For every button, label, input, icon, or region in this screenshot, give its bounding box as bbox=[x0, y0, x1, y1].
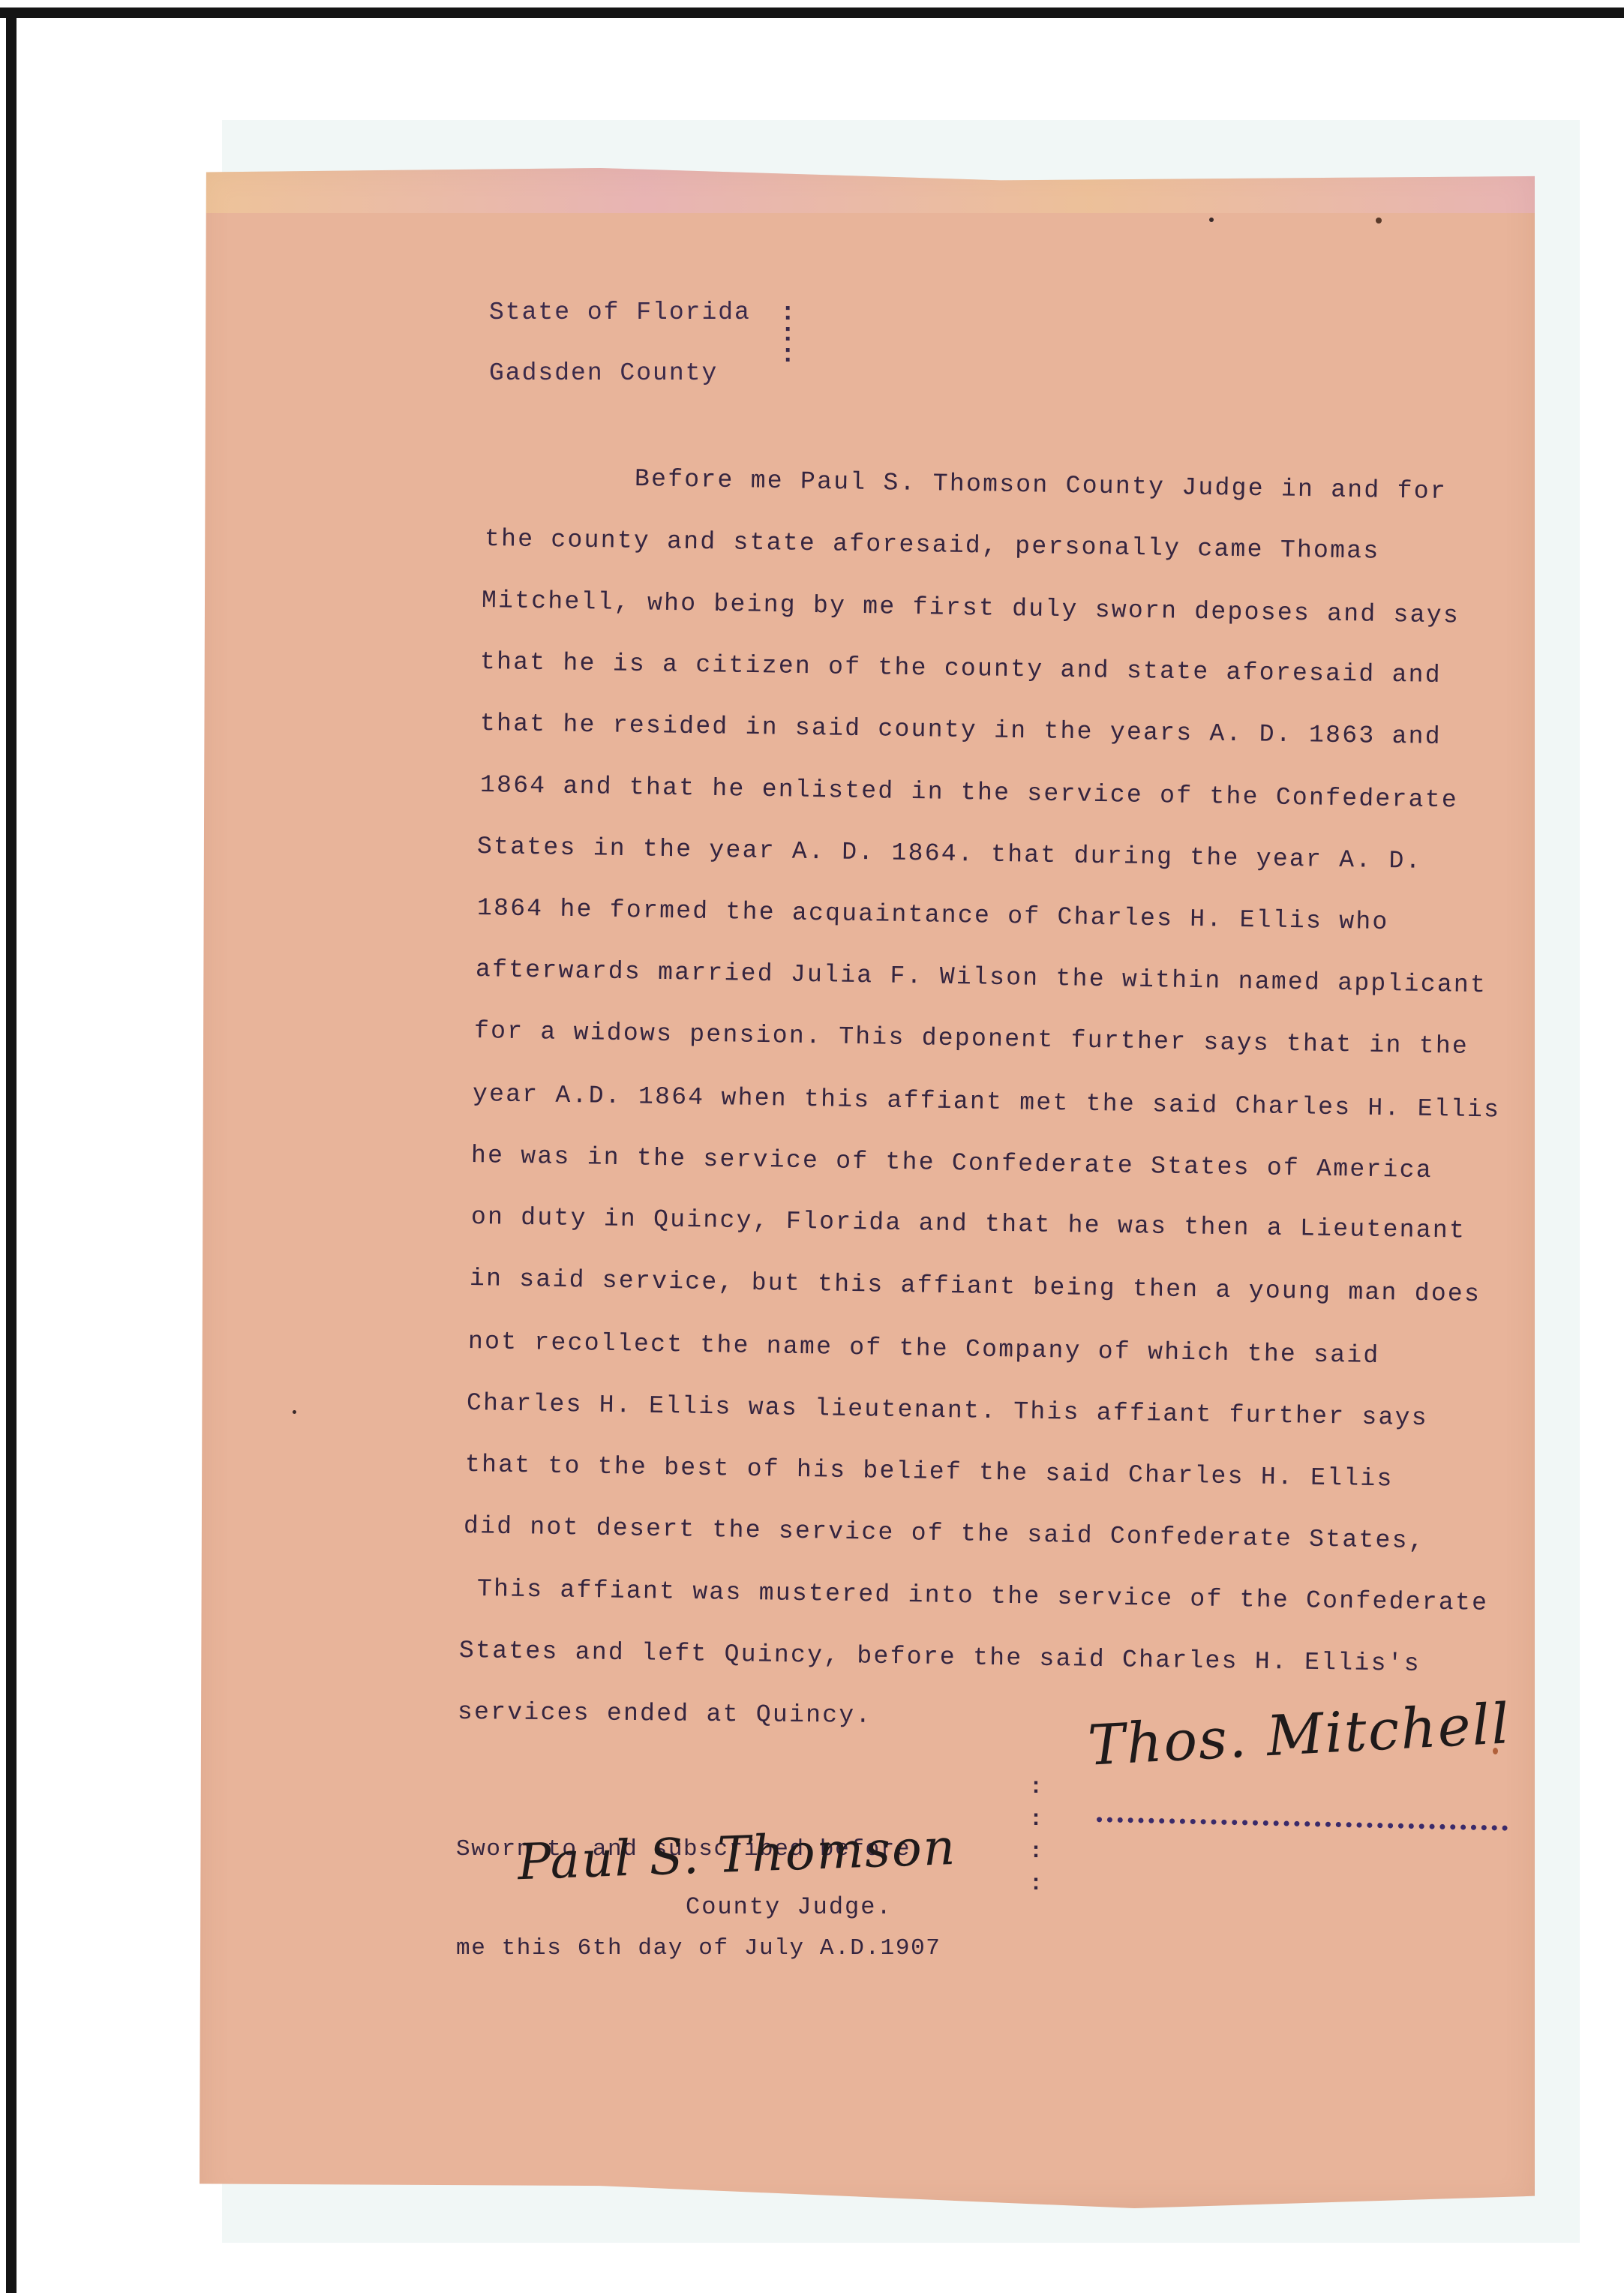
body-line: services ended at Quincy. bbox=[458, 1698, 872, 1730]
scanner-frame-left bbox=[6, 8, 17, 2293]
paper-speck bbox=[1376, 218, 1382, 224]
caption-colons: ::: bbox=[780, 303, 795, 366]
caption-state: State of Florida bbox=[489, 299, 751, 326]
caption-county: Gadsden County bbox=[489, 359, 751, 387]
paper-speck bbox=[1209, 218, 1214, 222]
caption-block: State of Florida Gadsden County bbox=[489, 299, 751, 387]
judge-title: County Judge. bbox=[686, 1893, 893, 1921]
paper-speck bbox=[293, 1410, 296, 1414]
jurat-line-2: me this 6th day of July A.D.1907 bbox=[456, 1932, 941, 1965]
paper-speck bbox=[1493, 1748, 1498, 1754]
jurat-colons: :::: bbox=[1029, 1772, 1043, 1901]
scanner-frame-top bbox=[0, 8, 1624, 18]
